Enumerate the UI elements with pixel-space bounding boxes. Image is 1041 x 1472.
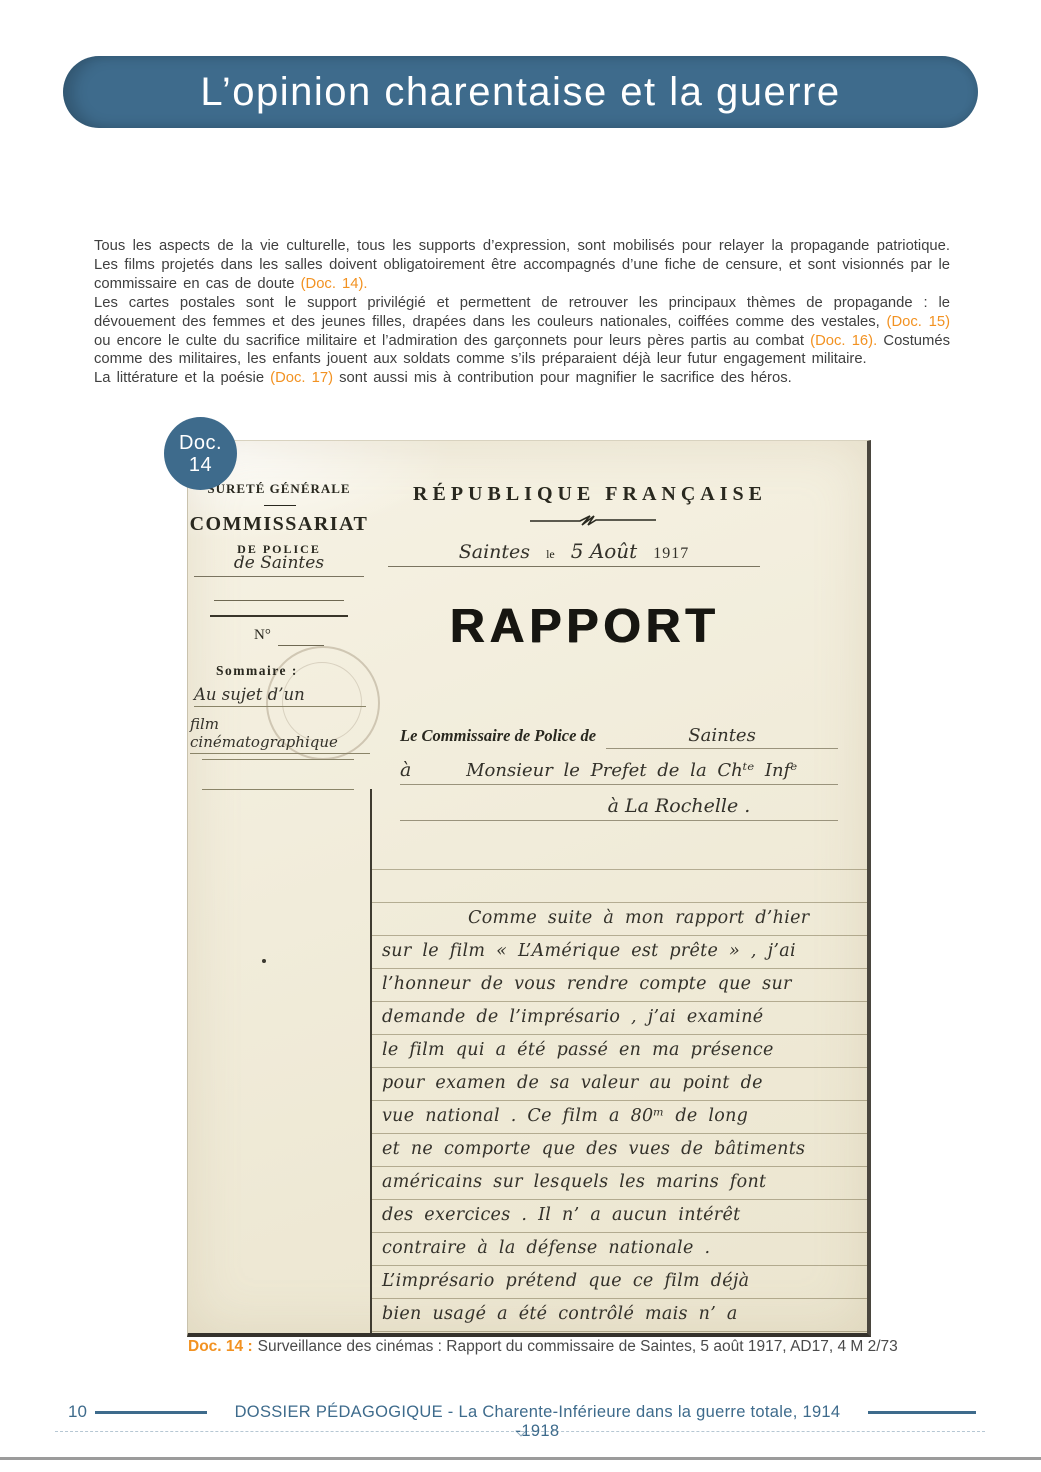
handwritten-line: pour examen de sa valeur au point de bbox=[372, 1068, 867, 1101]
handwritten-line: et ne comporte que des vues de bâtiments bbox=[372, 1134, 867, 1167]
republique-francaise-heading: RÉPUBLIQUE FRANÇAISE bbox=[370, 483, 810, 506]
doc-14-badge: Doc. 14 bbox=[164, 417, 237, 490]
doc-ref-14: (Doc. 14). bbox=[301, 276, 368, 292]
ruled-line bbox=[372, 837, 867, 870]
ruled-line bbox=[372, 870, 867, 903]
ink-dot bbox=[262, 959, 266, 963]
handwritten-line: sur le film « L’Amérique est prête » , j… bbox=[372, 936, 867, 969]
handwritten-sommaire-line: Au sujet d’un bbox=[194, 685, 366, 707]
rule bbox=[210, 615, 348, 617]
handwritten-line: Comme suite à mon rapport d’hier bbox=[372, 903, 867, 936]
doc-badge-label: Doc. bbox=[179, 432, 222, 454]
rule bbox=[202, 789, 354, 790]
scan-edge-line bbox=[0, 1457, 1041, 1460]
rule bbox=[214, 600, 344, 601]
intro-segment: La littérature et la poésie bbox=[94, 370, 270, 386]
le-label: le bbox=[546, 547, 555, 562]
handwritten-date-day: 5 Août bbox=[571, 539, 637, 563]
intro-segment: Les cartes postales sont le support priv… bbox=[94, 295, 950, 330]
intro-text: Tous les aspects de la vie culturelle, t… bbox=[94, 237, 950, 388]
caption-text: Surveillance des cinémas : Rapport du co… bbox=[258, 1338, 898, 1355]
handwritten-line: le film qui a été passé en ma présence bbox=[372, 1035, 867, 1068]
sommaire-label: Sommaire : bbox=[216, 663, 298, 679]
addressee-row: à Monsieur le Prefet de la Chᵗᵉ Infᵉ bbox=[400, 759, 838, 785]
handwritten-sommaire-line: film cinématographique bbox=[190, 715, 370, 754]
page-title-banner: L’opinion charentaise et la guerre bbox=[63, 56, 978, 128]
doc-ref-15: (Doc. 15) bbox=[887, 314, 950, 330]
flourish-ornament bbox=[528, 513, 658, 527]
document-scan-rapport: SURETÉ GÉNÉRALE COMMISSARIAT DE POLICE d… bbox=[187, 440, 871, 1337]
date-year: 1917 bbox=[653, 545, 689, 563]
pedagogical-dossier-page: L’opinion charentaise et la guerre Tous … bbox=[0, 0, 1041, 1472]
handwritten-line: bien usagé a été contrôlé mais n’ a bbox=[372, 1299, 867, 1332]
handwritten-line: vue national . Ce film a 80ᵐ de long bbox=[372, 1101, 867, 1134]
intro-segment: Tous les aspects de la vie culturelle, t… bbox=[94, 238, 950, 292]
footer-title: DOSSIER PÉDAGOGIQUE - La Charente-Inféri… bbox=[215, 1403, 860, 1441]
page-footer: 10 DOSSIER PÉDAGOGIQUE - La Charente-Inf… bbox=[0, 1402, 1041, 1426]
intro-segment: sont aussi mis à contribution pour magni… bbox=[333, 370, 792, 386]
footer-rule-left bbox=[95, 1411, 207, 1414]
intro-paragraph-2: Les cartes postales sont le support priv… bbox=[94, 294, 950, 370]
intro-paragraph-3: La littérature et la poésie (Doc. 17) so… bbox=[94, 369, 950, 388]
rule bbox=[264, 505, 296, 506]
commissaire-row: Le Commissaire de Police de Saintes bbox=[400, 725, 838, 749]
handwritten-line: L’imprésario prétend que ce film déjà bbox=[372, 1266, 867, 1299]
page-title: L’opinion charentaise et la guerre bbox=[200, 70, 840, 115]
rapport-title: RAPPORT bbox=[370, 599, 800, 654]
numero-label: N° bbox=[254, 627, 271, 644]
handwritten-line: demande de l’imprésario , j’ai examiné bbox=[372, 1002, 867, 1035]
handwritten-line: des exercices . Il n’ a aucun intérêt bbox=[372, 1200, 867, 1233]
doc-badge-number: 14 bbox=[189, 454, 212, 476]
doc-ref-16: (Doc. 16). bbox=[810, 333, 877, 349]
commissaire-printed-label: Le Commissaire de Police de bbox=[400, 726, 596, 746]
handwritten-addressee-city: à La Rochelle . bbox=[400, 795, 838, 821]
commissariat-heading: COMMISSARIAT bbox=[188, 513, 370, 536]
handwritten-date-place: Saintes bbox=[459, 541, 530, 563]
figure-caption: Doc. 14 :Surveillance des cinémas : Rapp… bbox=[188, 1338, 898, 1356]
handwritten-addressee: Monsieur le Prefet de la Chᵗᵉ Infᵉ bbox=[425, 760, 838, 781]
date-line: Saintes le 5 Août 1917 bbox=[388, 539, 760, 567]
footer-rule-right bbox=[868, 1411, 976, 1414]
handwritten-commissaire-place: Saintes bbox=[606, 725, 838, 749]
rule bbox=[202, 759, 354, 760]
intro-paragraph-1: Tous les aspects de la vie culturelle, t… bbox=[94, 237, 950, 294]
page-number: 10 bbox=[68, 1402, 87, 1422]
intro-segment: ou encore le culte du sacrifice militair… bbox=[94, 333, 810, 349]
doc-ref-17: (Doc. 17) bbox=[270, 370, 333, 386]
handwritten-line: américains sur lesquels les marins font bbox=[372, 1167, 867, 1200]
handwritten-place: de Saintes bbox=[194, 553, 364, 577]
caption-doc-label: Doc. 14 : bbox=[188, 1338, 253, 1355]
handwritten-report-body: Comme suite à mon rapport d’hier sur le … bbox=[372, 837, 867, 1332]
handwritten-line: contraire à la défense nationale . bbox=[372, 1233, 867, 1266]
a-label: à bbox=[400, 759, 411, 781]
handwritten-line: l’honneur de vous rendre compte que sur bbox=[372, 969, 867, 1002]
